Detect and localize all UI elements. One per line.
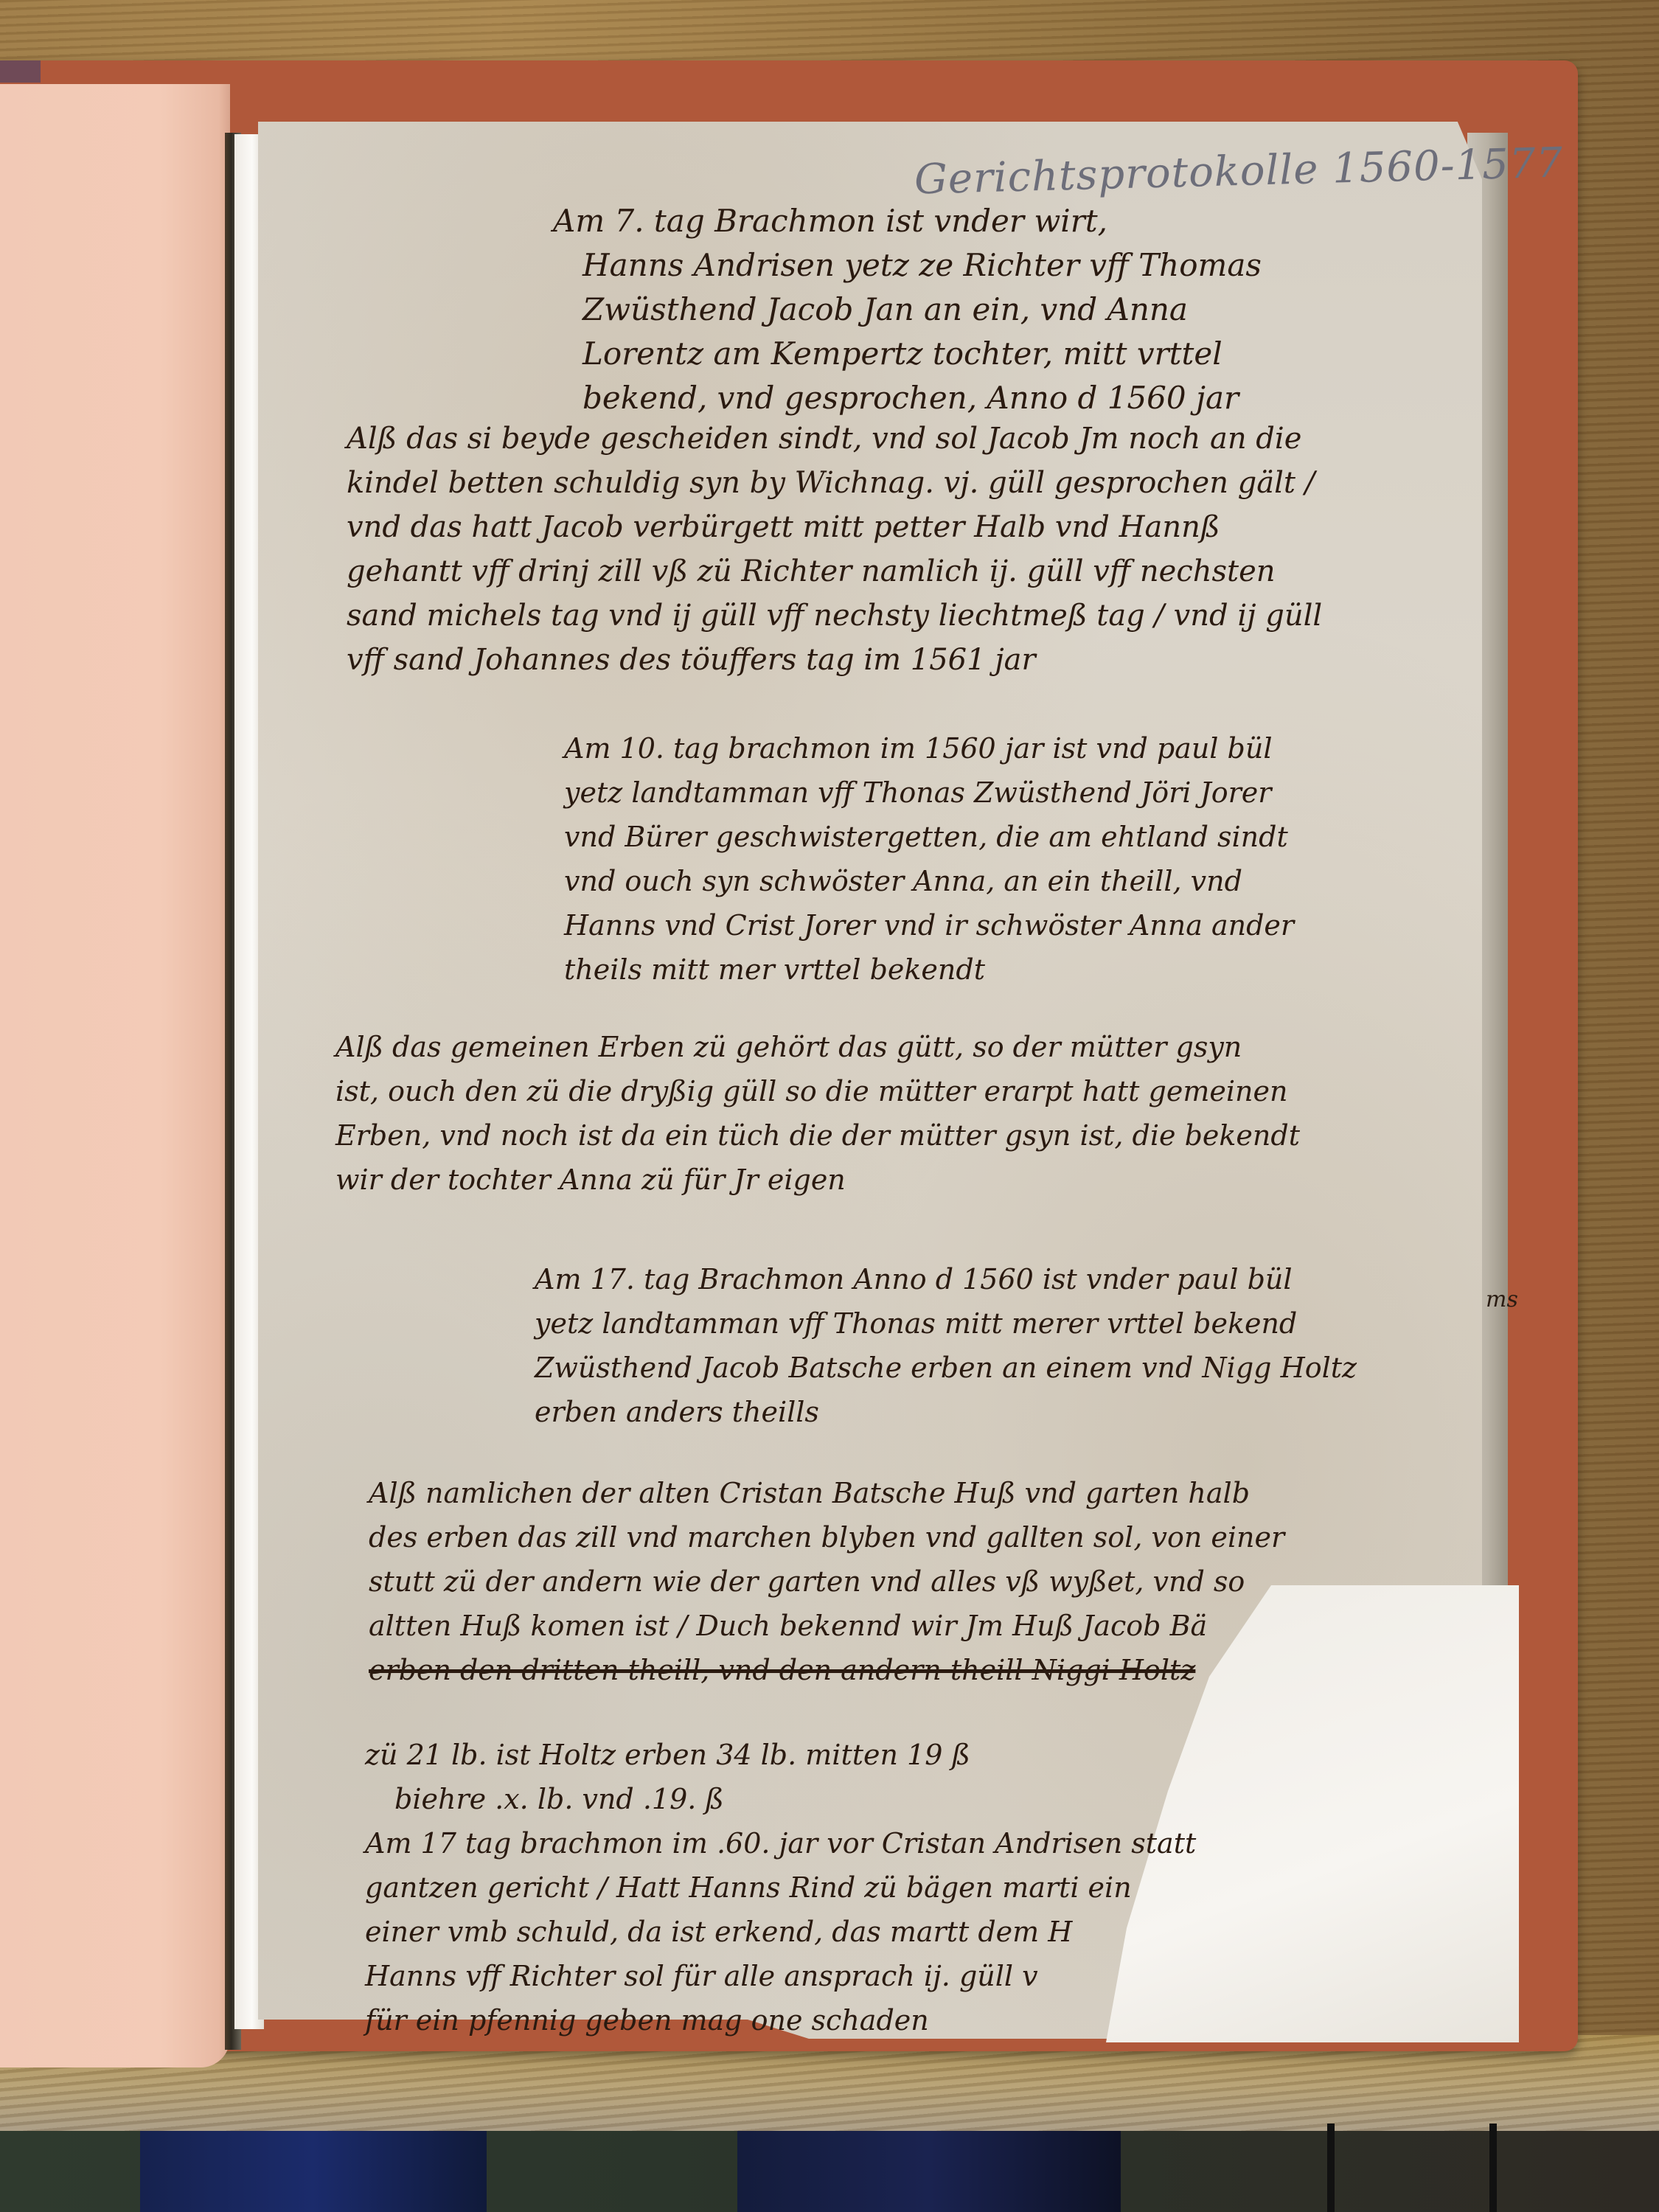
entry-line: Hanns vnd Crist Jorer vnd ir schwöster A… (564, 903, 1294, 947)
entry-line: einer vmb schuld, da ist erkend, das mar… (365, 1910, 1196, 1954)
book-spine-cloth (0, 60, 41, 83)
entry-line: gantzen gericht / Hatt Hanns Rind zü bäg… (365, 1865, 1196, 1910)
entry-line: Zwüsthend Jacob Batsche erben an einem v… (535, 1346, 1357, 1390)
entry-line: vnd Bürer geschwistergetten, die am ehtl… (564, 815, 1294, 859)
left-endpaper-page[interactable] (0, 84, 230, 2067)
entry-line: Am 17 tag brachmon im .60. jar vor Crist… (365, 1821, 1196, 1865)
entry-line: Erben, vnd noch ist da ein tüch die der … (335, 1113, 1300, 1158)
person-leg-left (140, 2131, 487, 2212)
entry-line: theils mitt mer vrttel bekendt (564, 947, 1294, 992)
struck-through-line: erben den dritten theill, vnd den andern… (369, 1648, 1284, 1692)
entry-line: des erben das zill vnd marchen blyben vn… (369, 1515, 1284, 1559)
entry-line: ist, ouch den zü die dryßig güll so die … (335, 1069, 1300, 1113)
entry-5: Am 17. tag Brachmon Anno d 1560 ist vnde… (535, 1257, 1357, 1434)
entry-line: vnd ouch syn schwöster Anna, an ein thei… (564, 859, 1294, 903)
entry-line: für ein pfennig geben mag one schaden (365, 1998, 1196, 2042)
entry-line: wir der tochter Anna zü für Jr eigen (335, 1158, 1300, 1202)
entry-line: stutt zü der andern wie der garten vnd a… (369, 1559, 1284, 1604)
entry-2: Alß das si beyde gescheiden sindt, vnd s… (347, 417, 1322, 682)
chair-leg (1327, 2124, 1335, 2212)
entry-line: Alß das gemeinen Erben zü gehört das güt… (335, 1025, 1300, 1069)
entry-line: kindel betten schuldig syn by Wichnag. v… (347, 461, 1322, 505)
entry-line: erben anders theills (535, 1390, 1357, 1434)
chair-leg (1489, 2124, 1497, 2212)
entry-line: vff sand Johannes des töuffers tag im 15… (347, 638, 1322, 682)
entry-line: yetz landtamman vff Thonas mitt merer vr… (535, 1301, 1357, 1346)
entry-7-amounts: zü 21 lb. ist Holtz erben 34 lb. mitten … (365, 1733, 970, 1821)
margin-note: ms (1486, 1287, 1518, 1312)
entry-line: bekend, vnd gesprochen, Anno d 1560 jar (553, 376, 1262, 420)
entry-1: Am 7. tag Brachmon ist vnder wirt, Hanns… (553, 199, 1262, 420)
entry-6: Alß namlichen der alten Cristan Batsche … (369, 1471, 1284, 1692)
entry-line: sand michels tag vnd ij güll vff nechsty… (347, 594, 1322, 638)
entry-line: Am 10. tag brachmon im 1560 jar ist vnd … (564, 726, 1294, 771)
entry-line: biehre .x. lb. vnd .19. ß (365, 1777, 970, 1821)
entry-line: vnd das hatt Jacob verbürgett mitt pette… (347, 505, 1322, 549)
entry-line: altten Huß komen ist / Duch bekennd wir … (369, 1604, 1284, 1648)
person-leg-right (737, 2131, 1121, 2212)
entry-line: Am 17. tag Brachmon Anno d 1560 ist vnde… (535, 1257, 1357, 1301)
entry-3: Am 10. tag brachmon im 1560 jar ist vnd … (564, 726, 1294, 992)
entry-line: Hanns Andrisen yetz ze Richter vff Thoma… (553, 243, 1262, 288)
entry-line: Alß namlichen der alten Cristan Batsche … (369, 1471, 1284, 1515)
entry-line: yetz landtamman vff Thonas Zwüsthend Jör… (564, 771, 1294, 815)
entry-line: Hanns vff Richter sol für alle ansprach … (365, 1954, 1196, 1998)
entry-line: Am 7. tag Brachmon ist vnder wirt, (553, 199, 1262, 243)
entry-line: Zwüsthend Jacob Jan an ein, vnd Anna (553, 288, 1262, 332)
entry-line: zü 21 lb. ist Holtz erben 34 lb. mitten … (365, 1733, 970, 1777)
entry-8: Am 17 tag brachmon im .60. jar vor Crist… (365, 1821, 1196, 2042)
entry-line: Alß das si beyde gescheiden sindt, vnd s… (347, 417, 1322, 461)
entry-4: Alß das gemeinen Erben zü gehört das güt… (335, 1025, 1300, 1202)
entry-line: gehantt vff drinj zill vß zü Richter nam… (347, 549, 1322, 594)
entry-line: Lorentz am Kempertz tochter, mitt vrttel (553, 332, 1262, 376)
